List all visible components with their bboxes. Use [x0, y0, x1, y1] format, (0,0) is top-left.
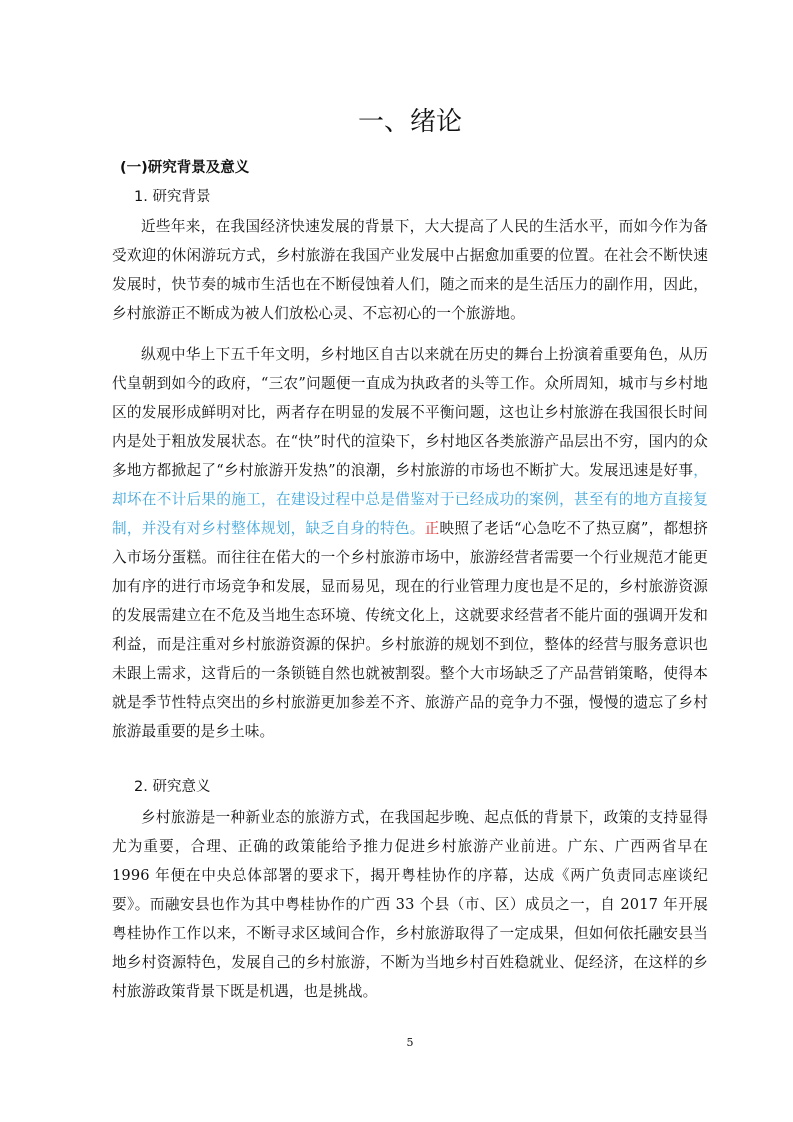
paragraph-2-text-d: 映照了老话“心急吃不了热豆腐”，都想挤入市场分蛋糕。而往往在偌大的一个乡村旅游市… — [112, 520, 708, 740]
paragraph-background-2: 纵观中华上下五千年文明，乡村地区自古以来就在历史的舞台上扮演着重要角色，从历代皇… — [112, 340, 708, 746]
paragraph-2-highlight-red: 正 — [425, 520, 440, 537]
section-heading: (一)研究背景及意义 — [120, 155, 249, 181]
paragraph-2-text-a: 纵观中华上下五千年文明，乡村地区自古以来就在历史的舞台上扮演着重要角色，从历代皇… — [112, 346, 708, 479]
page-number: 5 — [112, 1036, 708, 1049]
paragraph-background-1: 近些年来，在我国经济快速发展的背景下，大大提高了人民的生活水平，而如今作为备受欢… — [112, 212, 708, 328]
chapter-title: 一、绪论 — [112, 104, 708, 140]
subsection-heading-significance: 2. 研究意义 — [134, 774, 210, 800]
paragraph-significance: 乡村旅游是一种新业态的旅游方式，在我国起步晚、起点低的背景下，政策的支持显得尤为… — [112, 803, 708, 1006]
subsection-heading-background: 1. 研究背景 — [134, 184, 210, 210]
